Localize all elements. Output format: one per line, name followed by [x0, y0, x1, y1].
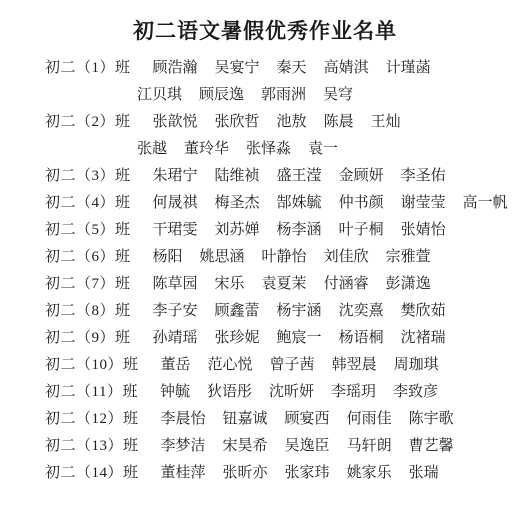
class-row-continuation: 张越董玲华张怿淼袁一: [45, 136, 530, 163]
student-name: 池敖: [277, 109, 307, 136]
student-name: 顾浩瀚: [153, 55, 198, 82]
class-label: 初二（2）班: [45, 109, 131, 136]
student-name: 张昕亦: [223, 460, 268, 487]
class-label: 初二（10）班: [45, 352, 139, 379]
student-name: 盛王滢: [277, 163, 322, 190]
student-name: 姚家乐: [347, 460, 392, 487]
student-name: 钮嘉诚: [223, 406, 268, 433]
student-name: 吴宴宁: [215, 55, 260, 82]
class-row: 初二（7）班陈草园宋乐袁夏茉付涵睿彭潇逸: [45, 271, 530, 298]
student-name: 顾宴西: [285, 406, 330, 433]
student-name: 鲍宸一: [277, 325, 322, 352]
student-name: 付涵睿: [324, 271, 369, 298]
student-name: 郭雨洲: [261, 82, 306, 109]
student-name: 何晟祺: [153, 190, 198, 217]
student-name: 吴逸臣: [285, 433, 330, 460]
student-name: 张歆悦: [153, 109, 198, 136]
student-name: 杨阳: [153, 244, 183, 271]
student-name: 马轩朗: [347, 433, 392, 460]
class-label: 初二（6）班: [45, 244, 131, 271]
class-row: 初二（4）班何晟祺梅圣杰郜姝毓仲书颜谢莹莹高一帆: [45, 190, 530, 217]
student-name: 袁夏茉: [262, 271, 307, 298]
student-name: 顾辰逸: [199, 82, 244, 109]
student-name: 郜姝毓: [277, 190, 322, 217]
class-label: 初二（14）班: [45, 460, 139, 487]
class-label: 初二（13）班: [45, 433, 139, 460]
student-name: 沈褚瑞: [401, 325, 446, 352]
student-name: 谢莹莹: [401, 190, 446, 217]
student-name: 杨宇涵: [277, 298, 322, 325]
class-label: 初二（12）班: [45, 406, 139, 433]
class-row: 初二（6）班杨阳姚思涵叶静怡刘佳欣宗雅萱: [45, 244, 530, 271]
class-label: 初二（4）班: [45, 190, 131, 217]
student-name: 董岳: [161, 352, 191, 379]
student-name: 李晨怡: [161, 406, 206, 433]
student-name: 樊欣茹: [401, 298, 446, 325]
student-name: 刘佳欣: [324, 244, 369, 271]
student-name: 金顾妍: [339, 163, 384, 190]
student-name: 彭潇逸: [386, 271, 431, 298]
student-name: 韩翌晨: [332, 352, 377, 379]
student-name: 陈宇歌: [409, 406, 454, 433]
student-name: 秦天: [277, 55, 307, 82]
student-name: 江贝琪: [137, 82, 182, 109]
student-name: 宗雅萱: [386, 244, 431, 271]
student-name: 董桂萍: [161, 460, 206, 487]
student-name: 叶子桐: [339, 217, 384, 244]
student-name: 陈草园: [153, 271, 198, 298]
student-name: 曾子茜: [270, 352, 315, 379]
student-name: 狄语彤: [207, 379, 252, 406]
student-name: 朱珺宁: [153, 163, 198, 190]
student-name: 宋乐: [215, 271, 245, 298]
class-row: 初二（14）班董桂萍张昕亦张家玮姚家乐张瑞: [45, 460, 530, 487]
student-name: 何雨佳: [347, 406, 392, 433]
class-row: 初二（12）班李晨怡钮嘉诚顾宴西何雨佳陈宇歌: [45, 406, 530, 433]
student-name: 周珈琪: [394, 352, 439, 379]
student-name: 王灿: [371, 109, 401, 136]
student-name: 干珺雯: [153, 217, 198, 244]
student-name: 沈奕熹: [339, 298, 384, 325]
student-name: 李圣佑: [401, 163, 446, 190]
student-name: 陆维祯: [215, 163, 260, 190]
student-name: 计瑾菡: [386, 55, 431, 82]
class-row: 初二（3）班朱珺宁陆维祯盛王滢金顾妍李圣佑: [45, 163, 530, 190]
class-label: 初二（11）班: [45, 379, 138, 406]
class-row: 初二（2）班张歆悦张欣哲池敖陈晨王灿: [45, 109, 530, 136]
student-name: 张欣哲: [215, 109, 260, 136]
page-title: 初二语文暑假优秀作业名单: [0, 0, 530, 45]
student-name: 李梦洁: [161, 433, 206, 460]
student-name: 顾鑫蕾: [215, 298, 260, 325]
class-label: 初二（7）班: [45, 271, 131, 298]
student-name: 张珍妮: [215, 325, 260, 352]
class-label: 初二（5）班: [45, 217, 131, 244]
class-row: 初二（5）班干珺雯刘苏婵杨李涵叶子桐张婧怡: [45, 217, 530, 244]
student-name: 高一帆: [463, 190, 508, 217]
student-name: 钟毓: [160, 379, 190, 406]
student-name: 刘苏婵: [215, 217, 260, 244]
student-name: 杨李涵: [277, 217, 322, 244]
student-name: 叶静怡: [262, 244, 307, 271]
class-row: 初二（11）班钟毓狄语彤沈昕妍李瑶玥李致彦: [45, 379, 530, 406]
student-name: 吴穹: [323, 82, 353, 109]
student-name: 仲书颜: [339, 190, 384, 217]
student-name: 梅圣杰: [215, 190, 260, 217]
student-list: 初二（1）班顾浩瀚吴宴宁秦天高婧淇计瑾菡江贝琪顾辰逸郭雨洲吴穹初二（2）班张歆悦…: [0, 55, 530, 487]
class-label: 初二（9）班: [45, 325, 131, 352]
student-name: 孙靖瑶: [153, 325, 198, 352]
class-row: 初二（13）班李梦洁宋昊希吴逸臣马轩朗曹艺馨: [45, 433, 530, 460]
class-row: 初二（1）班顾浩瀚吴宴宁秦天高婧淇计瑾菡: [45, 55, 530, 82]
class-row-continuation: 江贝琪顾辰逸郭雨洲吴穹: [45, 82, 530, 109]
class-row: 初二（10）班董岳范心悦曾子茜韩翌晨周珈琪: [45, 352, 530, 379]
student-name: 高婧淇: [324, 55, 369, 82]
student-name: 张瑞: [409, 460, 439, 487]
student-name: 陈晨: [324, 109, 354, 136]
document-page: 初二语文暑假优秀作业名单 初二（1）班顾浩瀚吴宴宁秦天高婧淇计瑾菡江贝琪顾辰逸郭…: [0, 0, 530, 522]
student-name: 张婧怡: [401, 217, 446, 244]
class-label: 初二（3）班: [45, 163, 131, 190]
student-name: 袁一: [308, 136, 338, 163]
student-name: 李致彦: [393, 379, 438, 406]
student-name: 李瑶玥: [331, 379, 376, 406]
student-name: 宋昊希: [223, 433, 268, 460]
student-name: 董玲华: [184, 136, 229, 163]
student-name: 沈昕妍: [269, 379, 314, 406]
student-name: 范心悦: [208, 352, 253, 379]
student-name: 张家玮: [285, 460, 330, 487]
class-row: 初二（8）班李子安顾鑫蕾杨宇涵沈奕熹樊欣茹: [45, 298, 530, 325]
class-label: 初二（8）班: [45, 298, 131, 325]
student-name: 杨语桐: [339, 325, 384, 352]
student-name: 张怿淼: [246, 136, 291, 163]
student-name: 曹艺馨: [409, 433, 454, 460]
class-row: 初二（9）班孙靖瑶张珍妮鲍宸一杨语桐沈褚瑞: [45, 325, 530, 352]
student-name: 姚思涵: [200, 244, 245, 271]
student-name: 张越: [137, 136, 167, 163]
student-name: 李子安: [153, 298, 198, 325]
class-label: 初二（1）班: [45, 55, 131, 82]
